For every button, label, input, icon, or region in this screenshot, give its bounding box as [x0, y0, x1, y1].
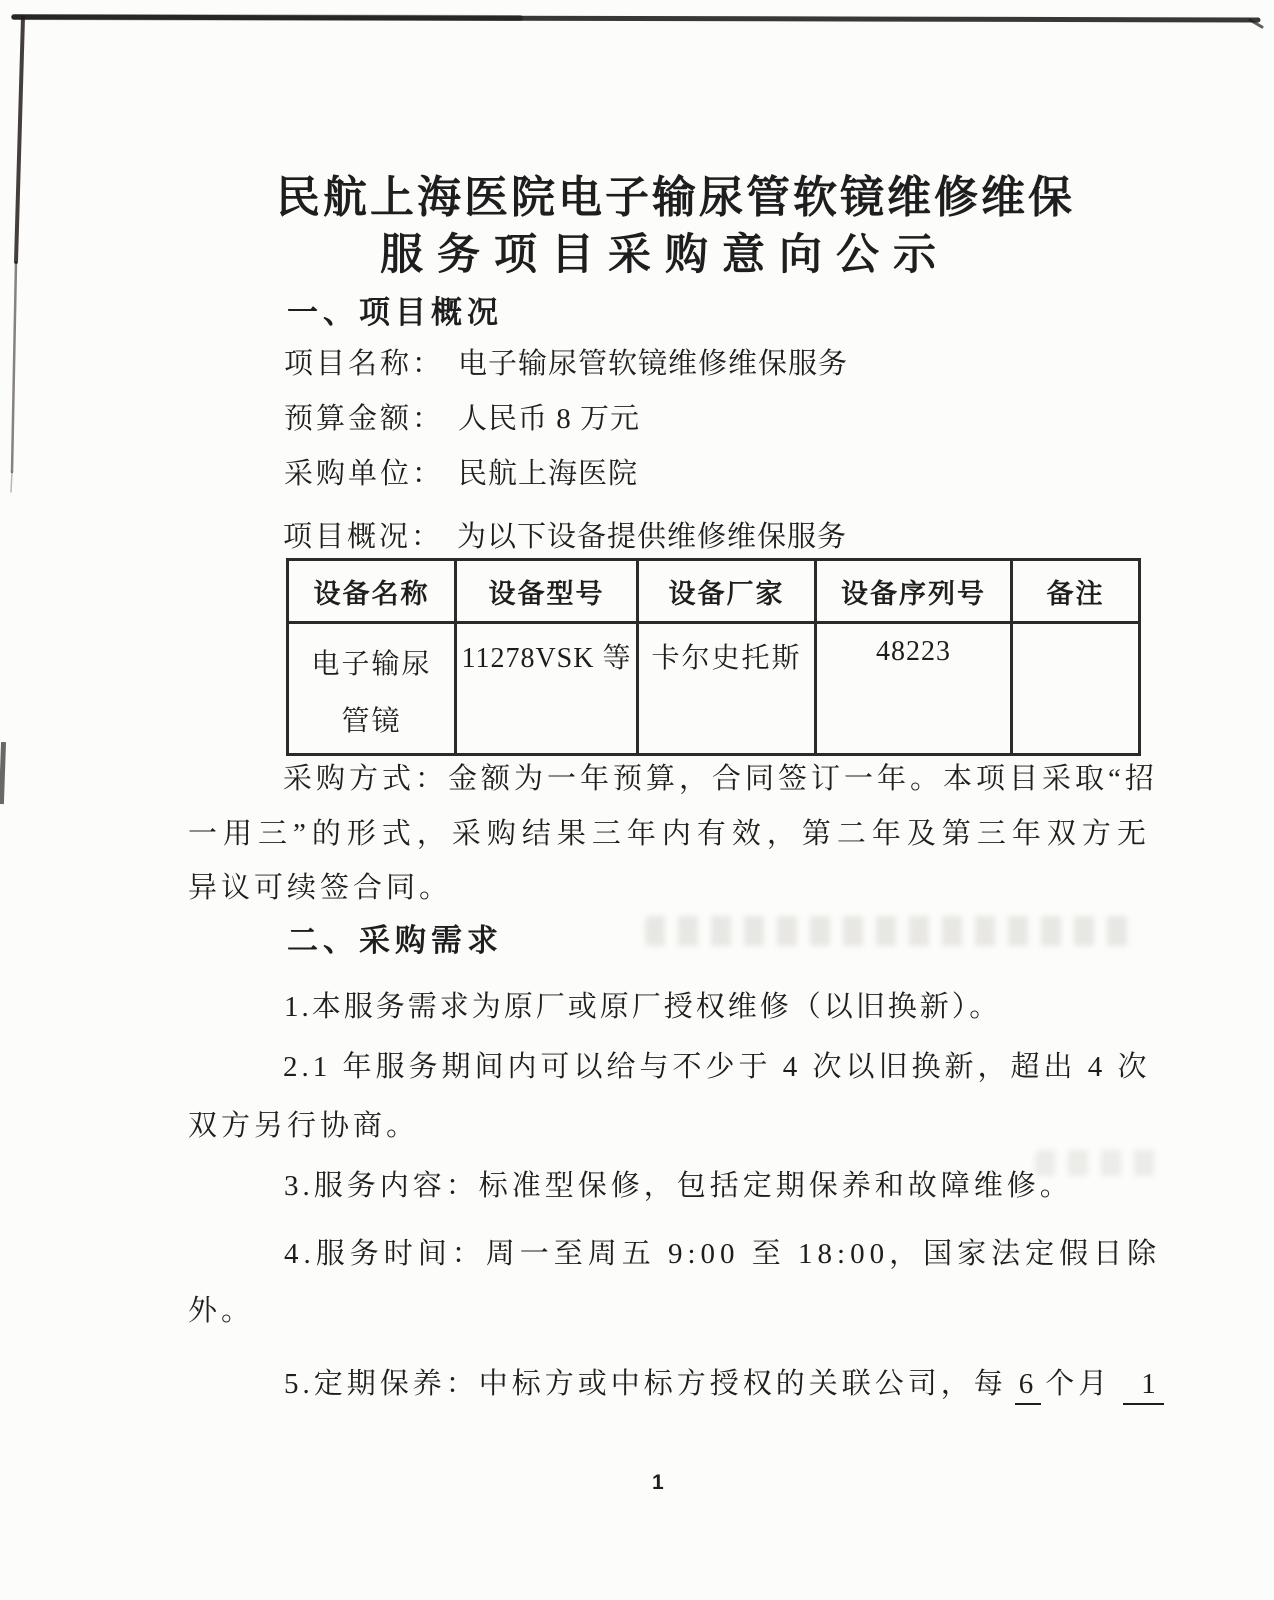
section1-heading: 一、项目概况 [287, 294, 503, 333]
device-table-header-name: 设备名称 [288, 560, 456, 623]
field-budget: 预算金额：人民币 8 万元 [284, 401, 640, 437]
page-number: 1 [652, 1470, 664, 1496]
item5-between-text: 个月 [1045, 1368, 1111, 1400]
field-project-name-label: 项目名称： [284, 348, 444, 380]
field-project-name: 项目名称：电子输尿管软镜维修维保服务 [284, 346, 848, 382]
field-purchaser-value: 民航上海医院 [458, 458, 638, 490]
requirement-item-4-line1: 4.服务时间：周一至周五 9:00 至 18:00，国家法定假日除 [284, 1236, 1161, 1272]
device-table-header-row: 设备名称 设备型号 设备厂家 设备序列号 备注 [288, 560, 1140, 623]
requirement-item-4-line2: 外。 [188, 1293, 254, 1329]
ink-bleed-smudge [645, 916, 1140, 946]
section2-heading: 二、采购需求 [287, 922, 503, 961]
requirement-item-5: 5.定期保养：中标方或中标方授权的关联公司，每6个月1 [284, 1366, 1164, 1402]
device-name-cell: 电子输尿 管镜 [288, 623, 456, 755]
device-table-row: 电子输尿 管镜 11278VSK 等 卡尔史托斯 48223 [288, 623, 1140, 755]
document-title-line2: 服务项目采购意向公示 [380, 229, 950, 283]
requirement-item-1: 1.本服务需求为原厂或原厂授权维修（以旧换新）。 [284, 989, 1001, 1025]
device-table-header-serial: 设备序列号 [816, 560, 1012, 623]
purchase-method-line2: 一用三”的形式，采购结果三年内有效，第二年及第三年双方无 [188, 816, 1152, 852]
field-budget-label: 预算金额： [284, 403, 444, 435]
document-title-line1: 民航上海医院电子输尿管软镜维修维保 [276, 170, 1075, 225]
requirement-item-5-text: 5.定期保养：中标方或中标方授权的关联公司，每 [284, 1368, 1007, 1400]
requirement-item-2-line2: 双方另行协商。 [188, 1108, 419, 1144]
field-budget-value: 人民币 8 万元 [458, 403, 640, 435]
device-serial-cell: 48223 [816, 623, 1012, 755]
device-table-header-model: 设备型号 [456, 560, 638, 623]
device-remark-cell [1012, 623, 1140, 755]
purchase-method-line1: 采购方式：金额为一年预算，合同签订一年。本项目采取“招 [283, 761, 1158, 797]
device-manufacturer-cell: 卡尔史托斯 [638, 623, 816, 755]
item5-underlined-times-count: 1 [1123, 1368, 1164, 1405]
device-table: 设备名称 设备型号 设备厂家 设备序列号 备注 电子输尿 管镜 11278VSK… [286, 558, 1141, 756]
field-purchaser-label: 采购单位： [284, 458, 444, 490]
requirement-item-3: 3.服务内容：标准型保修，包括定期保养和故障维修。 [284, 1168, 1073, 1204]
field-project-overview: 项目概况：为以下设备提供维修维保服务 [283, 519, 847, 555]
document-page: 民航上海医院电子输尿管软镜维修维保 服务项目采购意向公示 一、项目概况 项目名称… [0, 0, 1274, 1600]
field-project-overview-label: 项目概况： [283, 521, 443, 553]
purchase-method-line3: 异议可续签合同。 [188, 870, 452, 906]
item5-underlined-months-count: 6 [1015, 1368, 1042, 1405]
device-model-cell: 11278VSK 等 [456, 623, 638, 755]
field-project-name-value: 电子输尿管软镜维修维保服务 [458, 348, 848, 380]
requirement-item-2-line1: 2.1 年服务期间内可以给与不少于 4 次以旧换新，超出 4 次 [283, 1049, 1151, 1085]
field-project-overview-value: 为以下设备提供维修维保服务 [457, 521, 847, 553]
device-table-header-remark: 备注 [1012, 560, 1140, 623]
device-table-header-manufacturer: 设备厂家 [638, 560, 816, 623]
field-purchaser: 采购单位：民航上海医院 [284, 456, 638, 492]
ink-bleed-smudge [1035, 1150, 1160, 1176]
